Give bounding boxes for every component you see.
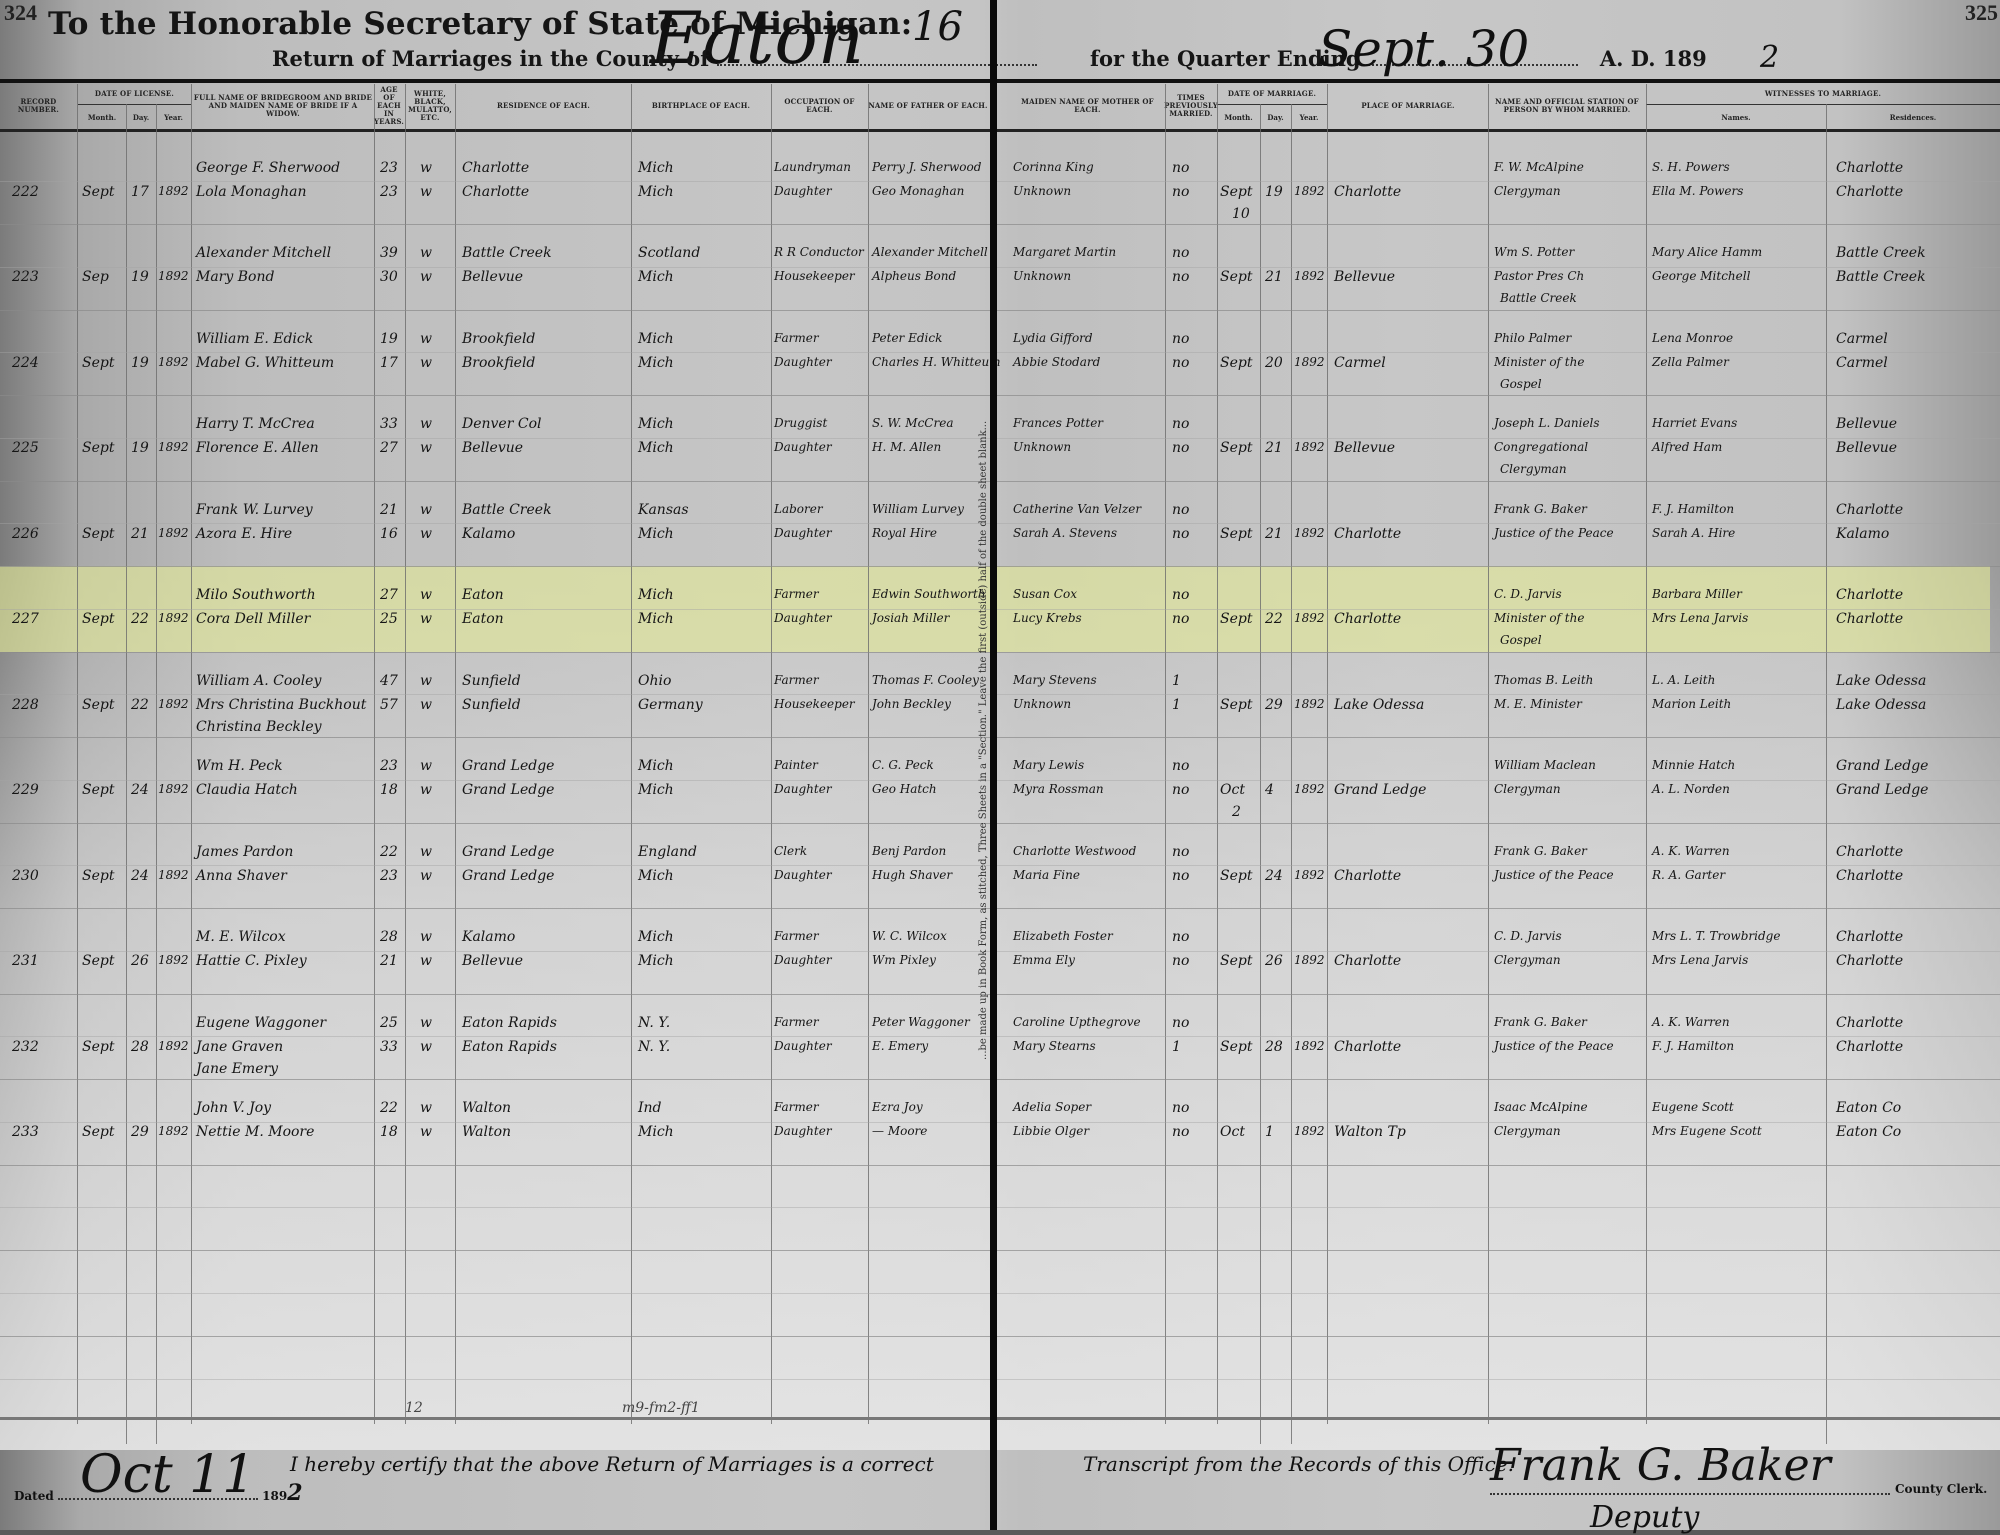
groom-birthplace: Ind <box>638 1100 662 1116</box>
marriage-year: 1892 <box>1294 868 1325 882</box>
marriage-day: 28 <box>1265 1039 1283 1055</box>
groom-mother: Frances Potter <box>1013 416 1103 430</box>
groom-mother: Elizabeth Foster <box>1013 929 1113 943</box>
witness-residence-2: Charlotte <box>1836 1039 1903 1055</box>
grid-vline <box>1488 84 1489 1424</box>
marriage-year: 1892 <box>1294 269 1325 283</box>
bride-birthplace: Germany <box>638 697 703 713</box>
groom-birthplace: England <box>638 844 697 860</box>
officiant-name: Thomas B. Leith <box>1494 673 1593 687</box>
groom-color: w <box>420 673 432 689</box>
grid-vline <box>631 84 632 1424</box>
grid-vline <box>405 84 406 1424</box>
quarter-end-handwritten: Sept. 30 <box>1318 20 1529 78</box>
row-subline <box>0 1379 2000 1380</box>
row-subline <box>0 438 2000 439</box>
witness-name-2: Mrs Eugene Scott <box>1652 1124 1762 1138</box>
witness-residence-1: Carmel <box>1836 331 1888 347</box>
license-day: 28 <box>131 1039 149 1055</box>
groom-birthplace: Scotland <box>638 245 700 261</box>
place-of-marriage: Lake Odessa <box>1334 697 1424 713</box>
groom-times-married: no <box>1172 416 1189 432</box>
groom-age: 23 <box>380 758 398 774</box>
groom-father: Perry J. Sherwood <box>872 160 981 174</box>
record-number: 232 <box>12 1039 39 1055</box>
groom-birthplace: N. Y. <box>638 1015 670 1031</box>
bride-name: Lola Monaghan <box>196 184 306 200</box>
bride-father: Geo Monaghan <box>872 184 964 198</box>
license-year: 1892 <box>158 355 189 369</box>
bride-age: 30 <box>380 269 398 285</box>
col-place: Place of Marriage. <box>1328 84 1488 128</box>
bride-residence: Bellevue <box>462 440 523 456</box>
groom-mother: Susan Cox <box>1013 587 1077 601</box>
groom-father: Alexander Mitchell <box>872 245 988 259</box>
marriage-day: 21 <box>1265 440 1283 456</box>
bride-mother: Emma Ely <box>1013 953 1075 967</box>
groom-residence: Charlotte <box>462 160 529 176</box>
witness-name-2: Sarah A. Hire <box>1652 526 1735 540</box>
groom-father: Ezra Joy <box>872 1100 923 1114</box>
row-subline <box>0 951 2000 952</box>
officiant-name: Frank G. Baker <box>1494 502 1587 516</box>
bride-father: Royal Hire <box>872 526 937 540</box>
witness-name-2: George Mitchell <box>1652 269 1750 283</box>
marriage-month: Sept <box>1220 1039 1252 1055</box>
witness-name-2: Ella M. Powers <box>1652 184 1743 198</box>
col-residence: Residence of Each. <box>456 84 631 128</box>
witness-residence-1: Bellevue <box>1836 416 1897 432</box>
license-month: Sept <box>82 953 114 969</box>
place-of-marriage: Charlotte <box>1334 611 1401 627</box>
bride-residence: Walton <box>462 1124 511 1140</box>
col-lic-day: Day. <box>126 106 156 128</box>
bride-age: 17 <box>380 355 398 371</box>
witness-name-1: S. H. Powers <box>1652 160 1730 174</box>
marriage-year: 1892 <box>1294 526 1325 540</box>
bride-age: 23 <box>380 184 398 200</box>
place-of-marriage: Bellevue <box>1334 440 1395 456</box>
officiant-station: Justice of the Peace <box>1494 868 1614 882</box>
deputy-handwritten: Deputy <box>1590 1500 1699 1530</box>
col-date-of-marriage: Date of Marriage. <box>1217 84 1327 104</box>
bride-name: Azora E. Hire <box>196 526 292 542</box>
bride-birthplace: Mich <box>638 868 674 884</box>
witness-residence-1: Eaton Co <box>1836 1100 1901 1116</box>
year-digit-handwritten: 2 <box>1760 40 1779 75</box>
bride-name: Claudia Hatch <box>196 782 298 798</box>
license-day: 24 <box>131 868 149 884</box>
bride-father: — Moore <box>872 1124 927 1138</box>
groom-father: W. C. Wilcox <box>872 929 947 943</box>
bride-birthplace: Mich <box>638 269 674 285</box>
groom-birthplace: Kansas <box>638 502 689 518</box>
bride-birthplace: Mich <box>638 611 674 627</box>
groom-residence: Eaton Rapids <box>462 1015 557 1031</box>
ad-label: A. D. 189 <box>1600 46 1707 71</box>
bride-birthplace: Mich <box>638 526 674 542</box>
groom-color: w <box>420 758 432 774</box>
place-of-marriage: Walton Tp <box>1334 1124 1406 1140</box>
bride-residence: Charlotte <box>462 184 529 200</box>
grid-vline <box>868 84 869 1424</box>
bride-occupation: Daughter <box>774 526 832 540</box>
grid-vline <box>126 104 127 1444</box>
bride-mother: Maria Fine <box>1013 868 1080 882</box>
groom-occupation: Farmer <box>774 673 819 687</box>
groom-times-married: no <box>1172 160 1189 176</box>
marriage-day: 24 <box>1265 868 1283 884</box>
groom-birthplace: Mich <box>638 758 674 774</box>
license-day: 21 <box>131 526 149 542</box>
col-witnesses: Witnesses to Marriage. <box>1646 84 2000 104</box>
witness-name-1: Barbara Miller <box>1652 587 1742 601</box>
license-month: Sep <box>82 269 109 285</box>
bride-age: 33 <box>380 1039 398 1055</box>
groom-residence: Kalamo <box>462 929 515 945</box>
bride-mother: Unknown <box>1013 269 1071 283</box>
bride-times-married: no <box>1172 269 1189 285</box>
witness-split <box>1646 104 2000 105</box>
officiant-station: Justice of the Peace <box>1494 1039 1614 1053</box>
record-number: 222 <box>12 184 39 200</box>
bride-times-married: no <box>1172 1124 1189 1140</box>
bride-occupation: Daughter <box>774 953 832 967</box>
groom-name: William E. Edick <box>196 331 313 347</box>
bride-mother: Abbie Stodard <box>1013 355 1100 369</box>
col-color: White, Black, Mulatto, Etc. <box>405 84 455 128</box>
license-year: 1892 <box>158 526 189 540</box>
groom-residence: Brookfield <box>462 331 535 347</box>
marriage-month: Oct <box>1220 1124 1245 1140</box>
witness-name-1: Mrs L. T. Trowbridge <box>1652 929 1780 943</box>
bride-color: w <box>420 868 432 884</box>
groom-name: Frank W. Lurvey <box>196 502 313 518</box>
officiant-name: Frank G. Baker <box>1494 844 1587 858</box>
sheet-number: 16 <box>912 4 963 50</box>
grid-vline <box>374 84 375 1424</box>
bride-father: Wm Pixley <box>872 953 936 967</box>
license-day: 24 <box>131 782 149 798</box>
bride-mother: Unknown <box>1013 697 1071 711</box>
groom-name: Eugene Waggoner <box>196 1015 326 1031</box>
row-subline <box>0 865 2000 866</box>
marriage-day: 19 <box>1265 184 1283 200</box>
witness-residence-2: Charlotte <box>1836 868 1903 884</box>
row-separator <box>0 1079 2000 1080</box>
marriage-year: 1892 <box>1294 1039 1325 1053</box>
bride-name: Jane Graven <box>196 1039 283 1055</box>
groom-mother: Charlotte Westwood <box>1013 844 1136 858</box>
groom-times-married: no <box>1172 929 1189 945</box>
officiant-station: Pastor Pres Ch <box>1494 269 1584 283</box>
groom-times-married: no <box>1172 1100 1189 1116</box>
bride-name: Florence E. Allen <box>196 440 319 456</box>
clerk-signature: Frank G. Baker <box>1490 1440 1831 1491</box>
bride-color: w <box>420 782 432 798</box>
bride-times-married: no <box>1172 184 1189 200</box>
officiant-station-cont: Clergyman <box>1500 462 1567 476</box>
groom-occupation: R R Conductor <box>774 245 864 259</box>
groom-age: 28 <box>380 929 398 945</box>
witness-residence-1: Grand Ledge <box>1836 758 1928 774</box>
place-of-marriage: Grand Ledge <box>1334 782 1426 798</box>
place-of-marriage: Charlotte <box>1334 1039 1401 1055</box>
groom-name: George F. Sherwood <box>196 160 340 176</box>
marriage-year: 1892 <box>1294 355 1325 369</box>
groom-father: Edwin Southworth <box>872 587 986 601</box>
bride-age: 23 <box>380 868 398 884</box>
col-witness-names: Names. <box>1646 106 1826 128</box>
bride-color: w <box>420 1124 432 1140</box>
marriage-split <box>1217 104 1327 105</box>
bride-age: 18 <box>380 782 398 798</box>
marriage-day: 21 <box>1265 269 1283 285</box>
record-number: 229 <box>12 782 39 798</box>
bride-occupation: Daughter <box>774 1039 832 1053</box>
grid-vline <box>1165 84 1166 1424</box>
row-subline <box>0 267 2000 268</box>
groom-age: 19 <box>380 331 398 347</box>
bride-mother: Lucy Krebs <box>1013 611 1082 625</box>
row-subline <box>0 1293 2000 1294</box>
groom-residence: Sunfield <box>462 673 521 689</box>
groom-residence: Grand Ledge <box>462 844 554 860</box>
marriage-month: Oct <box>1220 782 1245 798</box>
groom-color: w <box>420 416 432 432</box>
bride-residence: Bellevue <box>462 269 523 285</box>
row-subline <box>0 780 2000 781</box>
row-separator <box>0 310 2000 311</box>
license-year: 1892 <box>158 1039 189 1053</box>
groom-occupation: Clerk <box>774 844 807 858</box>
marriage-month: Sept <box>1220 355 1252 371</box>
groom-residence: Walton <box>462 1100 511 1116</box>
col-mar-day: Day. <box>1260 106 1291 128</box>
page-number-right: 325 <box>1965 0 1998 26</box>
witness-residence-2: Eaton Co <box>1836 1124 1901 1140</box>
groom-color: w <box>420 1100 432 1116</box>
groom-occupation: Farmer <box>774 587 819 601</box>
place-of-marriage: Carmel <box>1334 355 1386 371</box>
marriage-day: 26 <box>1265 953 1283 969</box>
groom-mother: Catherine Van Velzer <box>1013 502 1141 516</box>
bride-father: E. Emery <box>872 1039 928 1053</box>
witness-name-2: Alfred Ham <box>1652 440 1722 454</box>
bride-father: Alpheus Bond <box>872 269 956 283</box>
col-lic-year: Year. <box>156 106 191 128</box>
bride-occupation: Daughter <box>774 440 832 454</box>
row-separator <box>0 908 2000 909</box>
bride-occupation: Daughter <box>774 611 832 625</box>
transcript-text: Transcript from the Records of this Offi… <box>1083 1452 1514 1476</box>
license-month: Sept <box>82 868 114 884</box>
groom-age: 33 <box>380 416 398 432</box>
marriage-year: 1892 <box>1294 697 1325 711</box>
bride-name: Mabel G. Whitteum <box>196 355 334 371</box>
witness-residence-1: Battle Creek <box>1836 245 1926 261</box>
officiant-name: C. D. Jarvis <box>1494 587 1562 601</box>
row-separator <box>0 224 2000 225</box>
row-subline <box>0 1122 2000 1123</box>
license-day: 19 <box>131 440 149 456</box>
col-mar-year: Year. <box>1291 106 1327 128</box>
marriage-day: 1 <box>1265 1124 1274 1140</box>
license-day: 19 <box>131 269 149 285</box>
bride-times-married: no <box>1172 526 1189 542</box>
marriage-month: Sept <box>1220 184 1252 200</box>
bride-name: Cora Dell Miller <box>196 611 310 627</box>
witness-name-1: Lena Monroe <box>1652 331 1733 345</box>
groom-mother: Caroline Upthegrove <box>1013 1015 1141 1029</box>
bride-residence: Bellevue <box>462 953 523 969</box>
header-rule-top <box>0 79 2000 83</box>
marriage-month: Sept <box>1220 526 1252 542</box>
dated-year-prefix: 189 <box>262 1489 287 1503</box>
grid-vline <box>1826 104 1827 1444</box>
officiant-name: Wm S. Potter <box>1494 245 1574 259</box>
officiant-station-cont: Battle Creek <box>1500 291 1577 305</box>
bride-name: Mrs Christina Buckhout <box>196 697 366 713</box>
officiant-station-cont: Gospel <box>1500 633 1542 647</box>
witness-name-2: Mrs Lena Jarvis <box>1652 611 1748 625</box>
bride-residence: Eaton Rapids <box>462 1039 557 1055</box>
groom-birthplace: Mich <box>638 416 674 432</box>
license-day: 26 <box>131 953 149 969</box>
marriage-note: 2 <box>1232 804 1241 820</box>
grid-vline <box>1260 104 1261 1444</box>
groom-age: 21 <box>380 502 398 518</box>
witness-name-1: Minnie Hatch <box>1652 758 1735 772</box>
bride-birthplace: Mich <box>638 782 674 798</box>
bride-color: w <box>420 526 432 542</box>
bride-color: w <box>420 611 432 627</box>
license-year: 1892 <box>158 782 189 796</box>
license-month: Sept <box>82 782 114 798</box>
witness-residence-2: Kalamo <box>1836 526 1889 542</box>
bride-times-married: no <box>1172 611 1189 627</box>
witness-name-1: Harriet Evans <box>1652 416 1737 430</box>
margin-tally: m9-fm2-ff1 <box>622 1400 700 1416</box>
groom-age: 23 <box>380 160 398 176</box>
marriage-year: 1892 <box>1294 782 1325 796</box>
groom-age: 22 <box>380 844 398 860</box>
groom-name: William A. Cooley <box>196 673 321 689</box>
marriage-day: 29 <box>1265 697 1283 713</box>
record-number: 226 <box>12 526 39 542</box>
return-label: Return of Marriages in the County of <box>272 46 1037 71</box>
license-year: 1892 <box>158 1124 189 1138</box>
bride-father: H. M. Allen <box>872 440 941 454</box>
license-month: Sept <box>82 355 114 371</box>
license-month: Sept <box>82 184 114 200</box>
return-label-text: Return of Marriages in the County of <box>272 46 709 71</box>
record-number: 230 <box>12 868 39 884</box>
row-subline <box>0 1207 2000 1208</box>
bride-residence: Grand Ledge <box>462 868 554 884</box>
bride-color: w <box>420 953 432 969</box>
bride-father: Geo Hatch <box>872 782 937 796</box>
groom-times-married: no <box>1172 844 1189 860</box>
groom-age: 22 <box>380 1100 398 1116</box>
groom-age: 47 <box>380 673 398 689</box>
row-separator <box>0 652 2000 653</box>
license-year: 1892 <box>158 184 189 198</box>
bride-mother: Myra Rossman <box>1013 782 1104 796</box>
groom-name: Harry T. McCrea <box>196 416 315 432</box>
bride-occupation: Daughter <box>774 184 832 198</box>
license-day: 19 <box>131 355 149 371</box>
place-of-marriage: Bellevue <box>1334 269 1395 285</box>
groom-name: James Pardon <box>196 844 293 860</box>
groom-mother: Lydia Gifford <box>1013 331 1093 345</box>
dated-year-digit: 2 <box>287 1480 302 1506</box>
marriage-year: 1892 <box>1294 953 1325 967</box>
witness-residence-2: Charlotte <box>1836 184 1903 200</box>
bride-occupation: Housekeeper <box>774 697 855 711</box>
license-year: 1892 <box>158 697 189 711</box>
groom-color: w <box>420 929 432 945</box>
record-number: 223 <box>12 269 39 285</box>
witness-name-1: F. J. Hamilton <box>1652 502 1734 516</box>
bride-mother: Unknown <box>1013 184 1071 198</box>
officiant-station: Minister of the <box>1494 355 1584 369</box>
row-subline <box>0 181 2000 182</box>
certification-text: I hereby certify that the above Return o… <box>290 1452 934 1476</box>
bride-birthplace: Mich <box>638 440 674 456</box>
bride-residence: Brookfield <box>462 355 535 371</box>
grid-vline <box>77 84 78 1424</box>
groom-times-married: no <box>1172 245 1189 261</box>
row-separator <box>0 1165 2000 1166</box>
grid-vline <box>1646 84 1647 1424</box>
place-of-marriage: Charlotte <box>1334 868 1401 884</box>
marriage-day: 21 <box>1265 526 1283 542</box>
col-date-of-license: Date of License. <box>78 84 191 104</box>
license-year: 1892 <box>158 868 189 882</box>
officiant-station: Clergyman <box>1494 782 1561 796</box>
groom-name: Milo Southworth <box>196 587 316 603</box>
page-number-left: 324 <box>4 0 37 26</box>
bride-mother: Libbie Olger <box>1013 1124 1089 1138</box>
bride-mother: Mary Stearns <box>1013 1039 1096 1053</box>
col-age: Age of Each in Years. <box>374 84 404 128</box>
bride-maiden-name: Christina Beckley <box>196 719 322 735</box>
bride-times-married: no <box>1172 953 1189 969</box>
ledger-page-scan: 324 325 To the Honorable Secretary of St… <box>0 0 2000 1530</box>
record-number: 231 <box>12 953 39 969</box>
marriage-year: 1892 <box>1294 1124 1325 1138</box>
col-full-name: Full Name of Bridegroom and Bride and Ma… <box>192 84 374 128</box>
grid-vline <box>191 84 192 1424</box>
groom-birthplace: Mich <box>638 587 674 603</box>
officiant-name: Philo Palmer <box>1494 331 1571 345</box>
groom-times-married: no <box>1172 587 1189 603</box>
bride-color: w <box>420 440 432 456</box>
groom-color: w <box>420 331 432 347</box>
groom-mother: Mary Lewis <box>1013 758 1084 772</box>
groom-birthplace: Mich <box>638 331 674 347</box>
row-separator <box>0 1250 2000 1251</box>
bride-name: Hattie C. Pixley <box>196 953 307 969</box>
bride-residence: Eaton <box>462 611 504 627</box>
license-month: Sept <box>82 440 114 456</box>
groom-occupation: Laborer <box>774 502 823 516</box>
groom-occupation: Farmer <box>774 929 819 943</box>
marriage-year: 1892 <box>1294 440 1325 454</box>
row-separator <box>0 395 2000 396</box>
license-day: 17 <box>131 184 149 200</box>
